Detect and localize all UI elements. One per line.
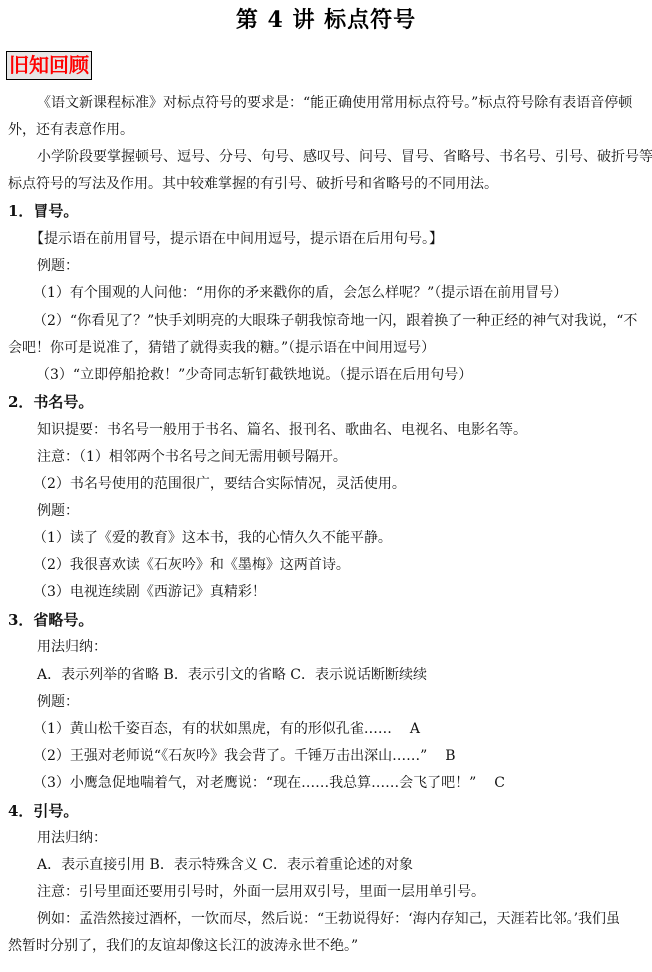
intro-paragraph-1-line-1: 《语文新课程标准》对标点符号的要求是：“能正确使用常用标点符号。”标点符号除有表… [37, 93, 646, 113]
colon-example-3: （3）“立即停船抢救！”少奇同志斩钉截铁地说。（提示语在后用句号） [36, 365, 646, 385]
book-title-examples-label: 例题： [37, 501, 646, 521]
intro-paragraph-1-line-2: 外，还有表意作用。 [8, 120, 646, 140]
ellipsis-example-2: （2）王强对老师说“《石灰吟》我会背了。千锤万击出深山……”B [33, 746, 646, 766]
quotation-note: 注意：引号里面还要用引号时，外面一层用双引号，里面一层用单引号。 [37, 882, 646, 902]
book-title-note-1: 注意：（1）相邻两个书名号之间无需用顿号隔开。 [37, 447, 646, 467]
answer-tag: B [445, 746, 455, 766]
colon-example-1: （1）有个围观的人问他：“用你的矛来戳你的盾，会怎么样呢？”（提示语在前用冒号） [33, 283, 646, 303]
colon-example-2-line-1: （2）“你看见了？”快手刘明亮的大眼珠子朝我惊奇地一闪，跟着换了一种正经的神气对… [33, 311, 646, 331]
quotation-example-line-1: 例如：孟浩然接过酒杯，一饮而尽，然后说：“王勃说得好：‘海内存知己，天涯若比邻。… [37, 909, 646, 929]
section-heading-ellipsis: 3．省略号。 [8, 610, 646, 630]
example-text: （3）小鹰急促地喘着气，对老鹰说：“现在……我总算……会飞了吧！” [33, 775, 476, 791]
ellipsis-example-1: （1）黄山松千姿百态，有的状如黑虎，有的形似孔雀……A [33, 719, 646, 739]
quotation-usage-label: 用法归纳： [37, 828, 646, 848]
book-title-example-1: （1）读了《爱的教育》这本书，我的心情久久不能平静。 [33, 528, 646, 548]
colon-rule: 【提示语在前用冒号，提示语在中间用逗号，提示语在后用句号。】 [30, 229, 646, 249]
quotation-example-line-2: 然暂时分别了，我们的友谊却像这长江的波涛永世不绝。” [8, 936, 646, 956]
page-title: 第 4 讲 标点符号 [0, 4, 652, 36]
book-title-knowledge: 知识提要：书名号一般用于书名、篇名、报刊名、歌曲名、电视名、电影名等。 [37, 420, 646, 440]
colon-example-2-line-2: 会吧！你可是说准了，猜错了就得卖我的糖。”（提示语在中间用逗号） [8, 338, 646, 358]
ellipsis-examples-label: 例题： [37, 692, 646, 712]
book-title-example-2: （2）我很喜欢读《石灰吟》和《墨梅》这两首诗。 [33, 555, 646, 575]
answer-tag: A [410, 719, 420, 739]
review-label-box: 旧知回顾 [6, 51, 92, 80]
quotation-usage: A．表示直接引用 B．表示特殊含义 C．表示着重论述的对象 [37, 855, 646, 875]
book-title-example-3: （3）电视连续剧《西游记》真精彩！ [33, 582, 646, 602]
book-title-note-2: （2）书名号使用的范围很广，要结合实际情况，灵活使用。 [33, 474, 646, 494]
ellipsis-usage-label: 用法归纳： [37, 637, 646, 657]
intro-paragraph-2-line-1: 小学阶段要掌握顿号、逗号、分号、句号、感叹号、问号、冒号、省略号、书名号、引号、… [37, 147, 646, 167]
section-heading-book-title-marks: 2．书名号。 [8, 392, 646, 412]
example-text: （2）王强对老师说“《石灰吟》我会背了。千锤万击出深山……” [33, 748, 427, 764]
section-heading-colon: 1．冒号。 [8, 201, 646, 221]
intro-paragraph-2-line-2: 标点符号的写法及作用。其中较难掌握的有引号、破折号和省略号的不同用法。 [8, 174, 646, 194]
section-heading-quotation-marks: 4．引号。 [8, 801, 646, 821]
example-text: （1）黄山松千姿百态，有的状如黑虎，有的形似孔雀…… [33, 721, 392, 737]
answer-tag: C [494, 773, 505, 793]
colon-examples-label: 例题： [37, 256, 646, 276]
ellipsis-example-3: （3）小鹰急促地喘着气，对老鹰说：“现在……我总算……会飞了吧！”C [33, 773, 646, 793]
ellipsis-usage: A．表示列举的省略 B．表示引文的省略 C．表示说话断断续续 [37, 665, 646, 685]
